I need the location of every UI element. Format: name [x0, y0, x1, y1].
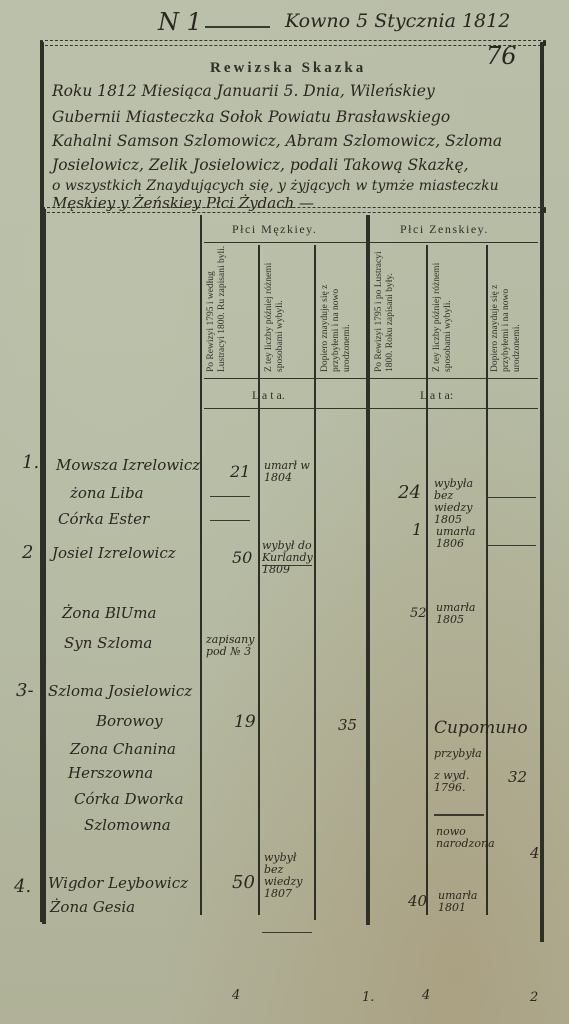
total-female-now: 2 — [530, 990, 538, 1005]
name-column-left — [42, 209, 46, 924]
row-number: 3- — [16, 680, 34, 701]
lata-rule-bottom — [204, 408, 538, 409]
male-age: 19 — [234, 712, 256, 732]
row-name: Córka Ester — [58, 510, 149, 528]
lata-female: L a t a: — [420, 388, 453, 403]
col-divider — [314, 245, 316, 920]
male-left: umarł w 1804 — [264, 460, 314, 484]
row-name: Josiel Izrelowicz — [52, 544, 176, 562]
row-name: Żona BlUma — [62, 604, 156, 622]
female-header: Płci Zenskiey. — [400, 222, 489, 237]
row-dash — [262, 932, 312, 933]
female-left: z wyd. 1796. — [434, 770, 484, 794]
preamble-line: Roku 1812 Miesiąca Januarii 5. Dnia, Wil… — [52, 82, 435, 100]
row-name: Wigdor Leybowicz — [48, 874, 188, 892]
female-age: 1 — [412, 520, 422, 539]
sex-divider — [366, 215, 370, 925]
row-name: Zona Chanina — [70, 740, 176, 758]
row-number: 4. — [14, 876, 31, 897]
total-female-listed: 4 — [422, 988, 430, 1003]
female-left: umarła 1801 — [438, 890, 486, 914]
page-number: 76 — [486, 42, 517, 70]
row-dash — [486, 545, 536, 546]
row-name: Córka Dworka — [74, 790, 184, 808]
frame-top — [40, 40, 546, 46]
female-left: umarła 1806 — [436, 526, 486, 550]
female-col-2-header: Z tey liczby później różnemi sposobami w… — [432, 244, 454, 372]
lata-male: L a t a. — [252, 388, 285, 403]
female-left: nowo narodzona — [436, 826, 486, 850]
male-col-3-header: Dopiero znayduje się z przybyłemi i na n… — [320, 244, 353, 372]
male-note: zapisany pod № 3 — [206, 634, 258, 658]
female-now: 32 — [508, 768, 527, 786]
row-dash — [262, 565, 312, 566]
col-divider — [200, 215, 202, 915]
female-col-3-header: Dopiero znayduje się z przybyłemi i na n… — [490, 244, 523, 372]
row-dash — [486, 497, 536, 498]
female-left: umarła 1805 — [436, 602, 486, 626]
lata-rule-top — [204, 378, 538, 379]
preamble-line: Josielowicz, Zelik Josielowicz, podali T… — [52, 156, 469, 174]
row-dash — [210, 496, 250, 497]
preamble-line: Gubernii Miasteczka Sołok Powiatu Brasła… — [52, 108, 450, 126]
female-left: wybyła bez wiedzy 1805 — [434, 478, 486, 526]
male-header: Płci Męzkiey. — [232, 222, 317, 237]
male-now: 35 — [338, 716, 357, 734]
row-name: żona Liba — [70, 484, 144, 502]
row-name: Herszowna — [68, 764, 153, 782]
row-name: Szlomowna — [84, 816, 171, 834]
document-number: N 1 — [158, 8, 202, 36]
female-left: przybyła — [434, 748, 482, 760]
female-now: 4 — [530, 844, 540, 862]
female-age: 52 — [410, 606, 427, 621]
row-dash — [434, 814, 484, 816]
female-age: 24 — [398, 482, 421, 503]
male-age: 50 — [232, 548, 252, 567]
row-name: Szloma Josielowicz — [48, 682, 192, 700]
col-divider — [258, 245, 260, 915]
male-col-2-header: Z tey liczby później różnemi sposobami w… — [264, 244, 286, 372]
row-number: 1. — [22, 452, 39, 473]
col-divider — [426, 245, 428, 915]
row-name: Mowsza Izrelowicz — [56, 456, 200, 474]
female-note: Сиротино — [434, 718, 528, 738]
male-age: 50 — [232, 872, 255, 893]
header-dash — [205, 26, 270, 28]
total-male-listed: 4 — [232, 988, 240, 1003]
female-age: 40 — [408, 892, 427, 910]
male-age: 21 — [230, 462, 250, 481]
male-left: wybył do Kurlandy 1809 — [262, 540, 314, 576]
place-date: Kowno 5 Stycznia 1812 — [285, 10, 510, 32]
preamble-line: Kahalni Samson Szlomowicz, Abram Szlomow… — [52, 132, 502, 150]
male-left: wybył bez wiedzy 1807 — [264, 852, 314, 900]
header-rule — [204, 242, 538, 243]
table-top-rule — [42, 207, 546, 213]
row-name: Syn Szloma — [64, 634, 152, 652]
male-col-1-header: Po Rewizyi 1795 i według Lustracyi 1800.… — [206, 244, 228, 372]
row-name: Żona Gesia — [50, 898, 135, 916]
document-page: N 1 Kowno 5 Stycznia 1812 76 Rewizska Sk… — [0, 0, 569, 1024]
row-number: 2 — [22, 542, 33, 563]
total-male-left: 1. — [362, 990, 374, 1005]
female-col-1-header: Po Rewizyi 1795 i po Lustracyi 1800. Rok… — [374, 244, 396, 372]
document-title: Rewizska Skazka — [210, 60, 366, 77]
frame-right — [540, 42, 544, 942]
row-dash — [210, 520, 250, 521]
row-name: Borowoy — [96, 712, 163, 730]
preamble-line: o wszystkich Znaydujących się, y żyjącyc… — [52, 178, 499, 194]
col-divider — [486, 245, 488, 915]
